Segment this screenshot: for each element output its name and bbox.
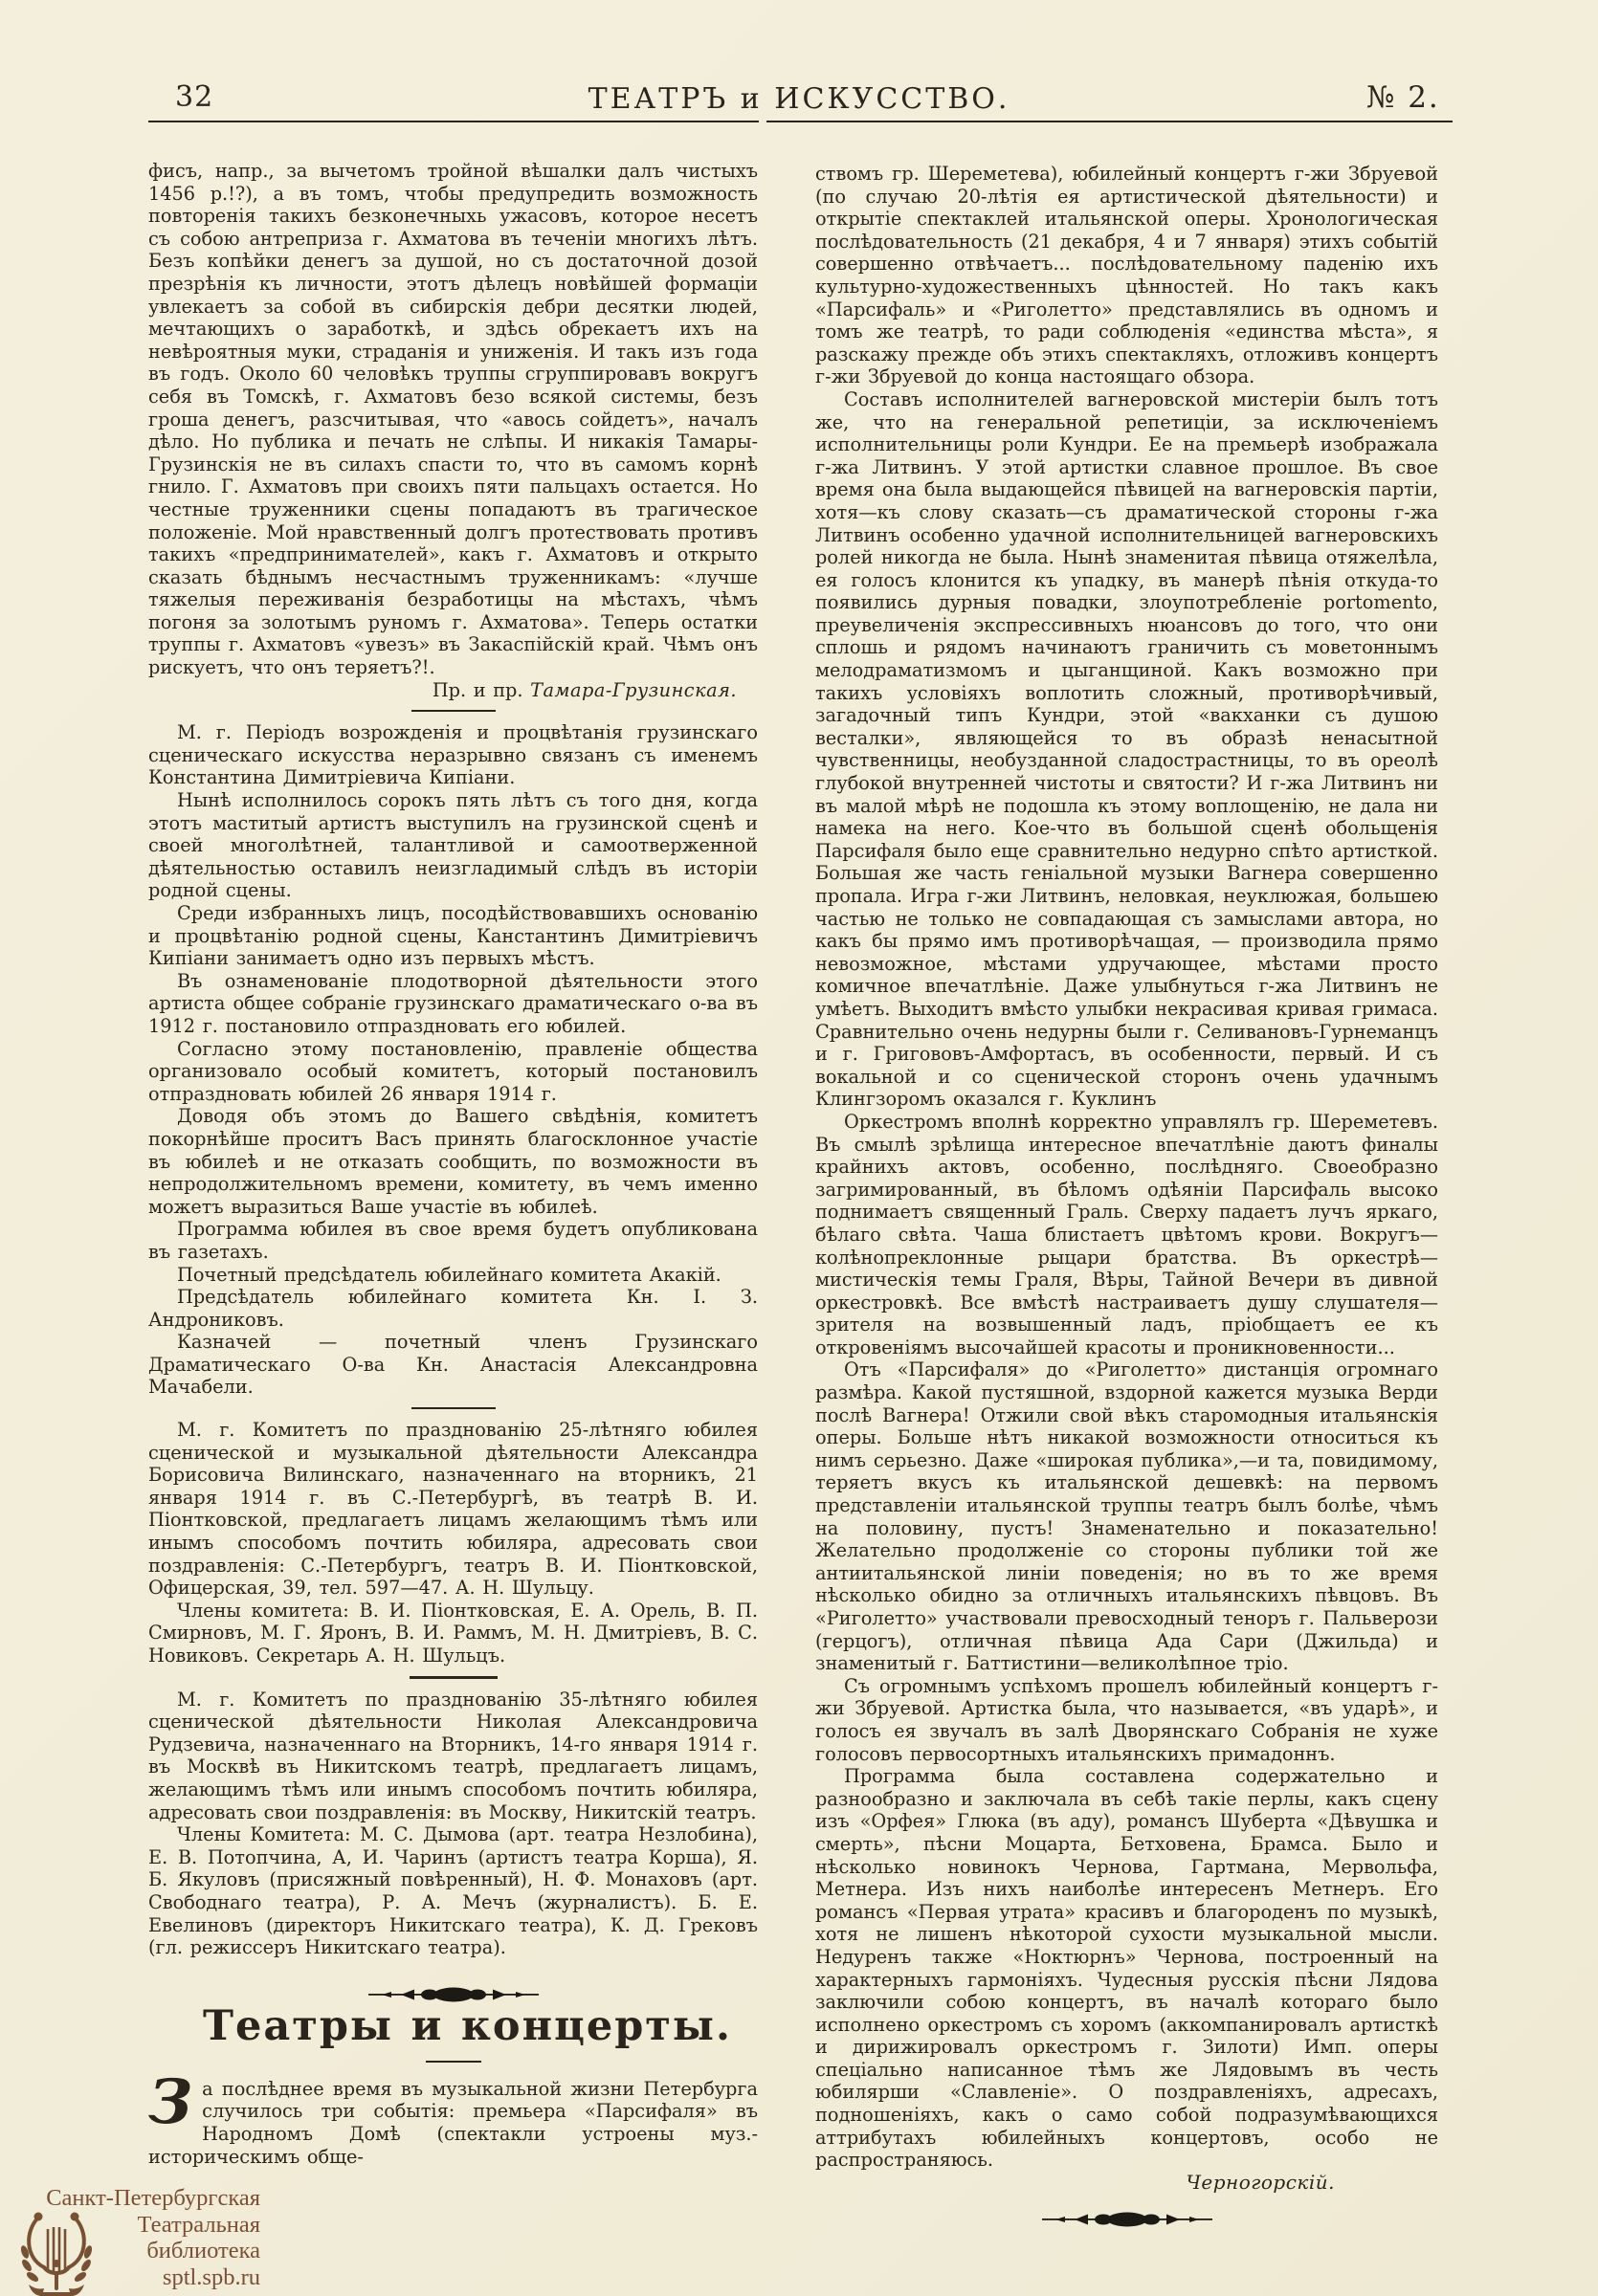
magazine-page: 32 ТЕАТРЪ и ИСКУССТВО. № 2. фисъ, напр.,… <box>0 0 1598 2296</box>
paragraph: ствомъ гр. Шереметева), юбилейный концер… <box>815 163 1438 388</box>
signature-name: Тамара-Грузинская. <box>530 679 737 701</box>
paragraph: Среди избранныхъ лицъ, посодѣйствовавших… <box>148 902 758 970</box>
tailpiece-ornament-icon <box>368 1986 539 2003</box>
paragraph: Нынѣ исполнилось сорокъ пять лѣтъ съ тог… <box>148 789 758 902</box>
stamp-line: sptl.spb.ru <box>4 2264 260 2291</box>
paragraph: Программа была составлена содержательно … <box>815 1765 1438 2172</box>
library-stamp-text: Санкт-Петербургская Театральная библиоте… <box>4 2185 260 2290</box>
paragraph: Члены Комитета: М. С. Дымова (арт. театр… <box>148 1823 758 1959</box>
tailpiece-ornament-icon <box>1042 2211 1212 2228</box>
section-divider <box>410 1676 498 1679</box>
left-column: фисъ, напр., за вычетомъ тройной вѣшалки… <box>148 160 758 2168</box>
article-signature: Черногорскій. <box>815 2172 1438 2195</box>
paragraph: Доводя объ этомъ до Вашего свѣдѣнія, ком… <box>148 1105 758 1218</box>
signature-prefix: Пр. и пр. <box>433 679 530 701</box>
section-divider <box>411 710 496 712</box>
heading-rule <box>426 2061 481 2063</box>
paragraph: Согласно этому постановленію, правленіе … <box>148 1038 758 1106</box>
dropcap-initial: З <box>148 2078 202 2126</box>
section-heading-theatres-and-concerts: Театры и концерты. <box>148 2003 758 2049</box>
letter-signature: Пр. и пр. Тамара-Грузинская. <box>148 679 758 702</box>
paragraph: Программа юбилея въ свое время будетъ оп… <box>148 1218 758 1263</box>
section-divider <box>411 1407 496 1409</box>
paragraph: Въ ознаменованіе плодотворной дѣятельнос… <box>148 970 758 1038</box>
paragraph: Съ огромнымъ успѣхомъ прошелъ юбилейный … <box>815 1675 1438 1765</box>
stamp-line: Санкт-Петербургская <box>4 2185 260 2212</box>
paragraph-with-dropcap: За послѣднее время въ музыкальной жизни … <box>148 2078 758 2168</box>
paragraph: Отъ «Парсифаля» до «Риголетто» дистанція… <box>815 1358 1438 1674</box>
right-column: ствомъ гр. Шереметева), юбилейный концер… <box>815 163 1438 2228</box>
paragraph: М. г. Періодъ возрожденія и процвѣтанія … <box>148 721 758 789</box>
stamp-line: библиотека <box>4 2238 260 2264</box>
paragraph: Члены комитета: В. И. Піонтковская, Е. А… <box>148 1600 758 1667</box>
paragraph: М. г. Комитетъ по празднованію 25-лѣтняг… <box>148 1419 758 1600</box>
paragraph: фисъ, напр., за вычетомъ тройной вѣшалки… <box>148 160 758 679</box>
paragraph: Оркестромъ вполнѣ корректно управлялъ гр… <box>815 1111 1438 1359</box>
issue-number: № 2. <box>1366 80 1440 115</box>
paragraph: Казначей — почетный членъ Грузинскаго Др… <box>148 1331 758 1399</box>
header-rule-right <box>766 121 1453 122</box>
paragraph: Составъ исполнителей вагнеровской мистер… <box>815 388 1438 1111</box>
paragraph: Предсѣдатель юбилейнаго комитета Кн. І. … <box>148 1286 758 1331</box>
paragraph-text: а послѣднее время въ музыкальной жизни П… <box>148 2078 758 2168</box>
stamp-line: Театральная <box>4 2212 260 2239</box>
journal-title: ТЕАТРЪ и ИСКУССТВО. <box>0 82 1598 116</box>
paragraph: Почетный предсѣдатель юбилейнаго комитет… <box>148 1264 758 1287</box>
header-rule-left <box>148 121 759 122</box>
paragraph: М. г. Комитетъ по празднованію 35-лѣтняг… <box>148 1689 758 1824</box>
